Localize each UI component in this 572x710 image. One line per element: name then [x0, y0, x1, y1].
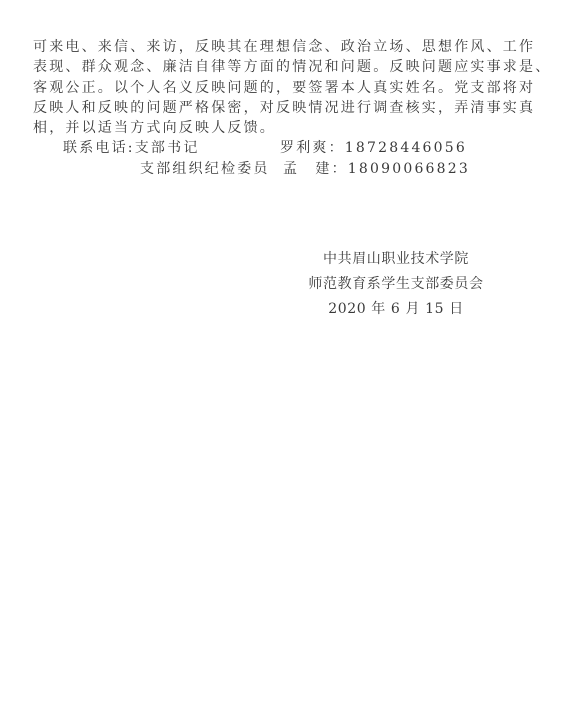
body-line: 反映人和反映的问题严格保密，对反映情况进行调查核实，弄清事实真: [33, 98, 543, 118]
contact-phone-secretary: 罗利爽：18728446056: [280, 138, 467, 158]
notice-body: 可来电、来信、来访，反映其在理想信念、政治立场、思想作风、工作 表现、群众观念、…: [33, 37, 543, 179]
signature-date: 2020 年 6 月 15 日: [300, 297, 492, 322]
signature-org-line1: 中共眉山职业技术学院: [300, 247, 492, 272]
contact-label-discipline-member: 支部组织纪检委员: [140, 159, 270, 179]
contact-label-secretary: 联系电话:支部书记: [63, 138, 200, 158]
signature-block: 中共眉山职业技术学院 师范教育系学生支部委员会 2020 年 6 月 15 日: [300, 247, 492, 322]
contact-phone-discipline-member: 孟 建：18090066823: [283, 159, 470, 179]
body-line: 可来电、来信、来访，反映其在理想信念、政治立场、思想作风、工作: [33, 37, 543, 57]
contact-row-discipline-member: 支部组织纪检委员 孟 建：18090066823: [33, 159, 543, 179]
document-page: 可来电、来信、来访，反映其在理想信念、政治立场、思想作风、工作 表现、群众观念、…: [0, 0, 572, 710]
body-line: 表现、群众观念、廉洁自律等方面的情况和问题。反映问题应实事求是、: [33, 57, 543, 77]
signature-org-line2: 师范教育系学生支部委员会: [300, 272, 492, 297]
body-line: 客观公正。以个人名义反映问题的，要签署本人真实姓名。党支部将对: [33, 78, 543, 98]
contact-row-secretary: 联系电话:支部书记 罗利爽：18728446056: [33, 138, 543, 158]
body-line: 相，并以适当方式向反映人反馈。: [33, 118, 543, 138]
